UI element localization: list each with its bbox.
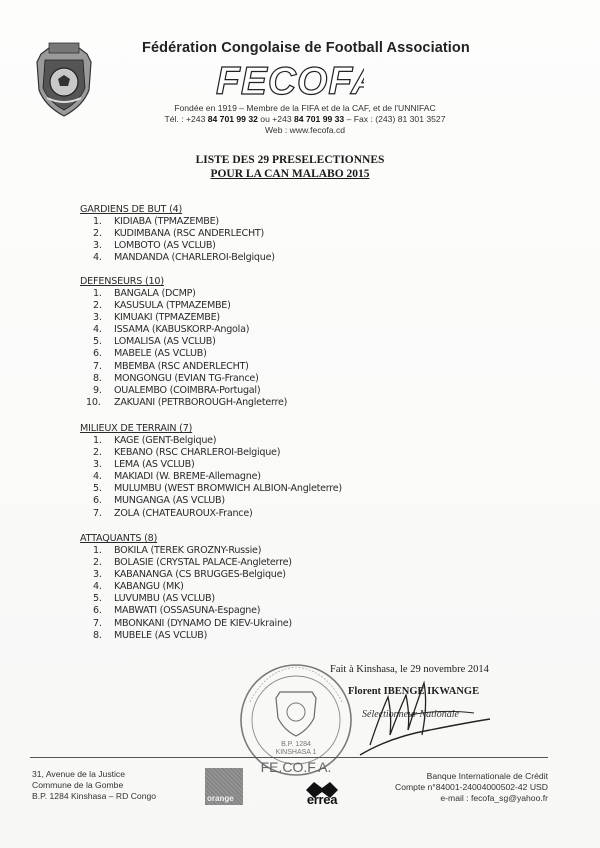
list-item: 4.MANDANDA (CHARLEROI-Belgique) (80, 252, 275, 264)
place-and-date: Fait à Kinshasa, le 29 novembre 2014 (330, 664, 489, 675)
player-name: MANDANDA (CHARLEROI-Belgique) (114, 252, 275, 264)
section-heading: GARDIENS DE BUT (4) (80, 204, 275, 216)
item-number: 4. (80, 471, 114, 483)
list-item: 4.ISSAMA (KABUSKORP-Angola) (80, 324, 287, 336)
list-item: 4.KABANGU (MK) (80, 581, 292, 593)
list-item: 4.MAKIADI (W. BREME-Allemagne) (80, 471, 342, 483)
svg-text:KINSHASA 1: KINSHASA 1 (276, 749, 317, 756)
svg-text:B.P. 1284: B.P. 1284 (281, 741, 311, 748)
section-heading: MILIEUX DE TERRAIN (7) (80, 423, 342, 435)
item-number: 6. (80, 605, 114, 617)
list-item: 2.KASUSULA (TPMAZEMBE) (80, 300, 287, 312)
player-name: MBONKANI (DYNAMO DE KIEV-Ukraine) (114, 618, 292, 630)
player-name: MUBELE (AS VCLUB) (114, 630, 207, 642)
player-name: MULUMBU (WEST BROMWICH ALBION-Angleterre… (114, 483, 342, 495)
list-item: 2.KUDIMBANA (RSC ANDERLECHT) (80, 228, 275, 240)
list-item: 9.OUALEMBO (COIMBRA-Portugal) (80, 385, 287, 397)
item-number: 4. (80, 324, 114, 336)
document-page: Fédération Congolaise de Football Associ… (0, 0, 600, 848)
player-name: ZOLA (CHATEAUROUX-France) (114, 508, 252, 520)
item-number: 4. (80, 252, 114, 264)
section-midfielders: MILIEUX DE TERRAIN (7) 1.KAGE (GENT-Belg… (80, 423, 342, 520)
item-number: 9. (80, 385, 114, 397)
player-list: 1.KIDIABA (TPMAZEMBE)2.KUDIMBANA (RSC AN… (80, 216, 275, 264)
item-number: 3. (80, 459, 114, 471)
player-name: MABWATI (OSSASUNA-Espagne) (114, 605, 260, 617)
player-list: 1.BOKILA (TEREK GROZNY-Russie)2.BOLASIE … (80, 545, 292, 642)
item-number: 1. (80, 288, 114, 300)
player-name: MBEMBA (RSC ANDERLECHT) (114, 361, 249, 373)
list-item: 3.LEMA (AS VCLUB) (80, 459, 342, 471)
list-item: 3.LOMBOTO (AS VCLUB) (80, 240, 275, 252)
section-heading: DEFENSEURS (10) (80, 276, 287, 288)
list-item: 3.KIMUAKI (TPMAZEMBE) (80, 312, 287, 324)
player-name: ISSAMA (KABUSKORP-Angola) (114, 324, 249, 336)
player-name: KIMUAKI (TPMAZEMBE) (114, 312, 220, 324)
player-name: MABELE (AS VCLUB) (114, 348, 207, 360)
player-name: KABANGU (MK) (114, 581, 184, 593)
list-item: 5.LOMALISA (AS VCLUB) (80, 336, 287, 348)
document-subtitle: POUR LA CAN MALABO 2015 (0, 168, 590, 180)
player-name: MONGONGU (EVIAN TG-France) (114, 373, 259, 385)
list-item: 2.BOLASIE (CRYSTAL PALACE-Angleterre) (80, 557, 292, 569)
header-contact: Fondée en 1919 – Membre de la FIFA et de… (130, 103, 480, 136)
list-item: 5.MULUMBU (WEST BROMWICH ALBION-Angleter… (80, 483, 342, 495)
footer-bank-info: Banque Internationale de Crédit Compte n… (395, 771, 548, 805)
list-item: 10.ZAKUANI (PETRBOROUGH-Angleterre) (80, 397, 287, 409)
player-list: 1.BANGALA (DCMP)2.KASUSULA (TPMAZEMBE)3.… (80, 288, 287, 409)
errea-wordmark: errea (302, 792, 342, 807)
item-number: 10. (80, 397, 114, 409)
footer-divider (30, 757, 548, 758)
player-name: LOMBOTO (AS VCLUB) (114, 240, 216, 252)
section-attackers: ATTAQUANTS (8) 1.BOKILA (TEREK GROZNY-Ru… (80, 533, 292, 642)
item-number: 8. (80, 373, 114, 385)
list-item: 1.KAGE (GENT-Belgique) (80, 435, 342, 447)
player-name: KAGE (GENT-Belgique) (114, 435, 216, 447)
item-number: 1. (80, 435, 114, 447)
list-item: 7.ZOLA (CHATEAUROUX-France) (80, 508, 342, 520)
handwritten-signature (350, 675, 500, 760)
player-name: BOKILA (TEREK GROZNY-Russie) (114, 545, 261, 557)
player-name: OUALEMBO (COIMBRA-Portugal) (114, 385, 260, 397)
item-number: 2. (80, 300, 114, 312)
section-goalkeepers: GARDIENS DE BUT (4) 1.KIDIABA (TPMAZEMBE… (80, 204, 275, 264)
item-number: 8. (80, 630, 114, 642)
list-item: 1.KIDIABA (TPMAZEMBE) (80, 216, 275, 228)
list-item: 5.LUVUMBU (AS VCLUB) (80, 593, 292, 605)
item-number: 1. (80, 545, 114, 557)
player-name: LEMA (AS VCLUB) (114, 459, 194, 471)
list-item: 8.MONGONGU (EVIAN TG-France) (80, 373, 287, 385)
item-number: 5. (80, 336, 114, 348)
item-number: 6. (80, 495, 114, 507)
fecofa-wordmark: FECOFA (214, 59, 364, 99)
section-heading: ATTAQUANTS (8) (80, 533, 292, 545)
item-number: 7. (80, 361, 114, 373)
item-number: 4. (80, 581, 114, 593)
item-number: 2. (80, 557, 114, 569)
player-name: LUVUMBU (AS VCLUB) (114, 593, 215, 605)
player-name: BANGALA (DCMP) (114, 288, 196, 300)
list-item: 6.MABWATI (OSSASUNA-Espagne) (80, 605, 292, 617)
list-item: 8.MUBELE (AS VCLUB) (80, 630, 292, 642)
item-number: 1. (80, 216, 114, 228)
footer-address: 31, Avenue de la Justice Commune de la G… (32, 769, 156, 803)
item-number: 3. (80, 240, 114, 252)
player-name: MUNGANGA (AS VCLUB) (114, 495, 225, 507)
player-name: KEBANO (RSC CHARLEROI-Belgique) (114, 447, 280, 459)
official-stamp: B.P. 1284 KINSHASA 1 FE.CO.F.A. (236, 662, 356, 780)
player-name: KASUSULA (TPMAZEMBE) (114, 300, 231, 312)
list-item: 3.KABANANGA (CS BRUGGES-Belgique) (80, 569, 292, 581)
item-number: 7. (80, 508, 114, 520)
section-defenders: DEFENSEURS (10) 1.BANGALA (DCMP)2.KASUSU… (80, 276, 287, 409)
player-name: KUDIMBANA (RSC ANDERLECHT) (114, 228, 264, 240)
organization-name: Fédération Congolaise de Football Associ… (142, 40, 470, 56)
list-item: 1.BANGALA (DCMP) (80, 288, 287, 300)
item-number: 2. (80, 228, 114, 240)
player-list: 1.KAGE (GENT-Belgique)2.KEBANO (RSC CHAR… (80, 435, 342, 520)
founded-line: Fondée en 1919 – Membre de la FIFA et de… (130, 103, 480, 114)
item-number: 6. (80, 348, 114, 360)
document-title: LISTE DES 29 PRESELECTIONNES (0, 154, 590, 166)
svg-text:FECOFA: FECOFA (216, 60, 364, 99)
player-name: ZAKUANI (PETRBOROUGH-Angleterre) (114, 397, 287, 409)
item-number: 5. (80, 593, 114, 605)
item-number: 7. (80, 618, 114, 630)
item-number: 5. (80, 483, 114, 495)
list-item: 2.KEBANO (RSC CHARLEROI-Belgique) (80, 447, 342, 459)
player-name: LOMALISA (AS VCLUB) (114, 336, 216, 348)
fecofa-crest-icon (33, 40, 95, 118)
item-number: 2. (80, 447, 114, 459)
phone-line: Tél. : +243 84 701 99 32 ou +243 84 701 … (130, 114, 480, 125)
player-name: KABANANGA (CS BRUGGES-Belgique) (114, 569, 286, 581)
player-name: MAKIADI (W. BREME-Allemagne) (114, 471, 261, 483)
list-item: 6.MABELE (AS VCLUB) (80, 348, 287, 360)
web-line: Web : www.fecofa.cd (130, 125, 480, 136)
item-number: 3. (80, 569, 114, 581)
orange-sponsor-logo: orange (205, 768, 243, 805)
player-name: BOLASIE (CRYSTAL PALACE-Angleterre) (114, 557, 292, 569)
list-item: 1.BOKILA (TEREK GROZNY-Russie) (80, 545, 292, 557)
item-number: 3. (80, 312, 114, 324)
list-item: 7.MBEMBA (RSC ANDERLECHT) (80, 361, 287, 373)
list-item: 7.MBONKANI (DYNAMO DE KIEV-Ukraine) (80, 618, 292, 630)
player-name: KIDIABA (TPMAZEMBE) (114, 216, 219, 228)
list-item: 6.MUNGANGA (AS VCLUB) (80, 495, 342, 507)
